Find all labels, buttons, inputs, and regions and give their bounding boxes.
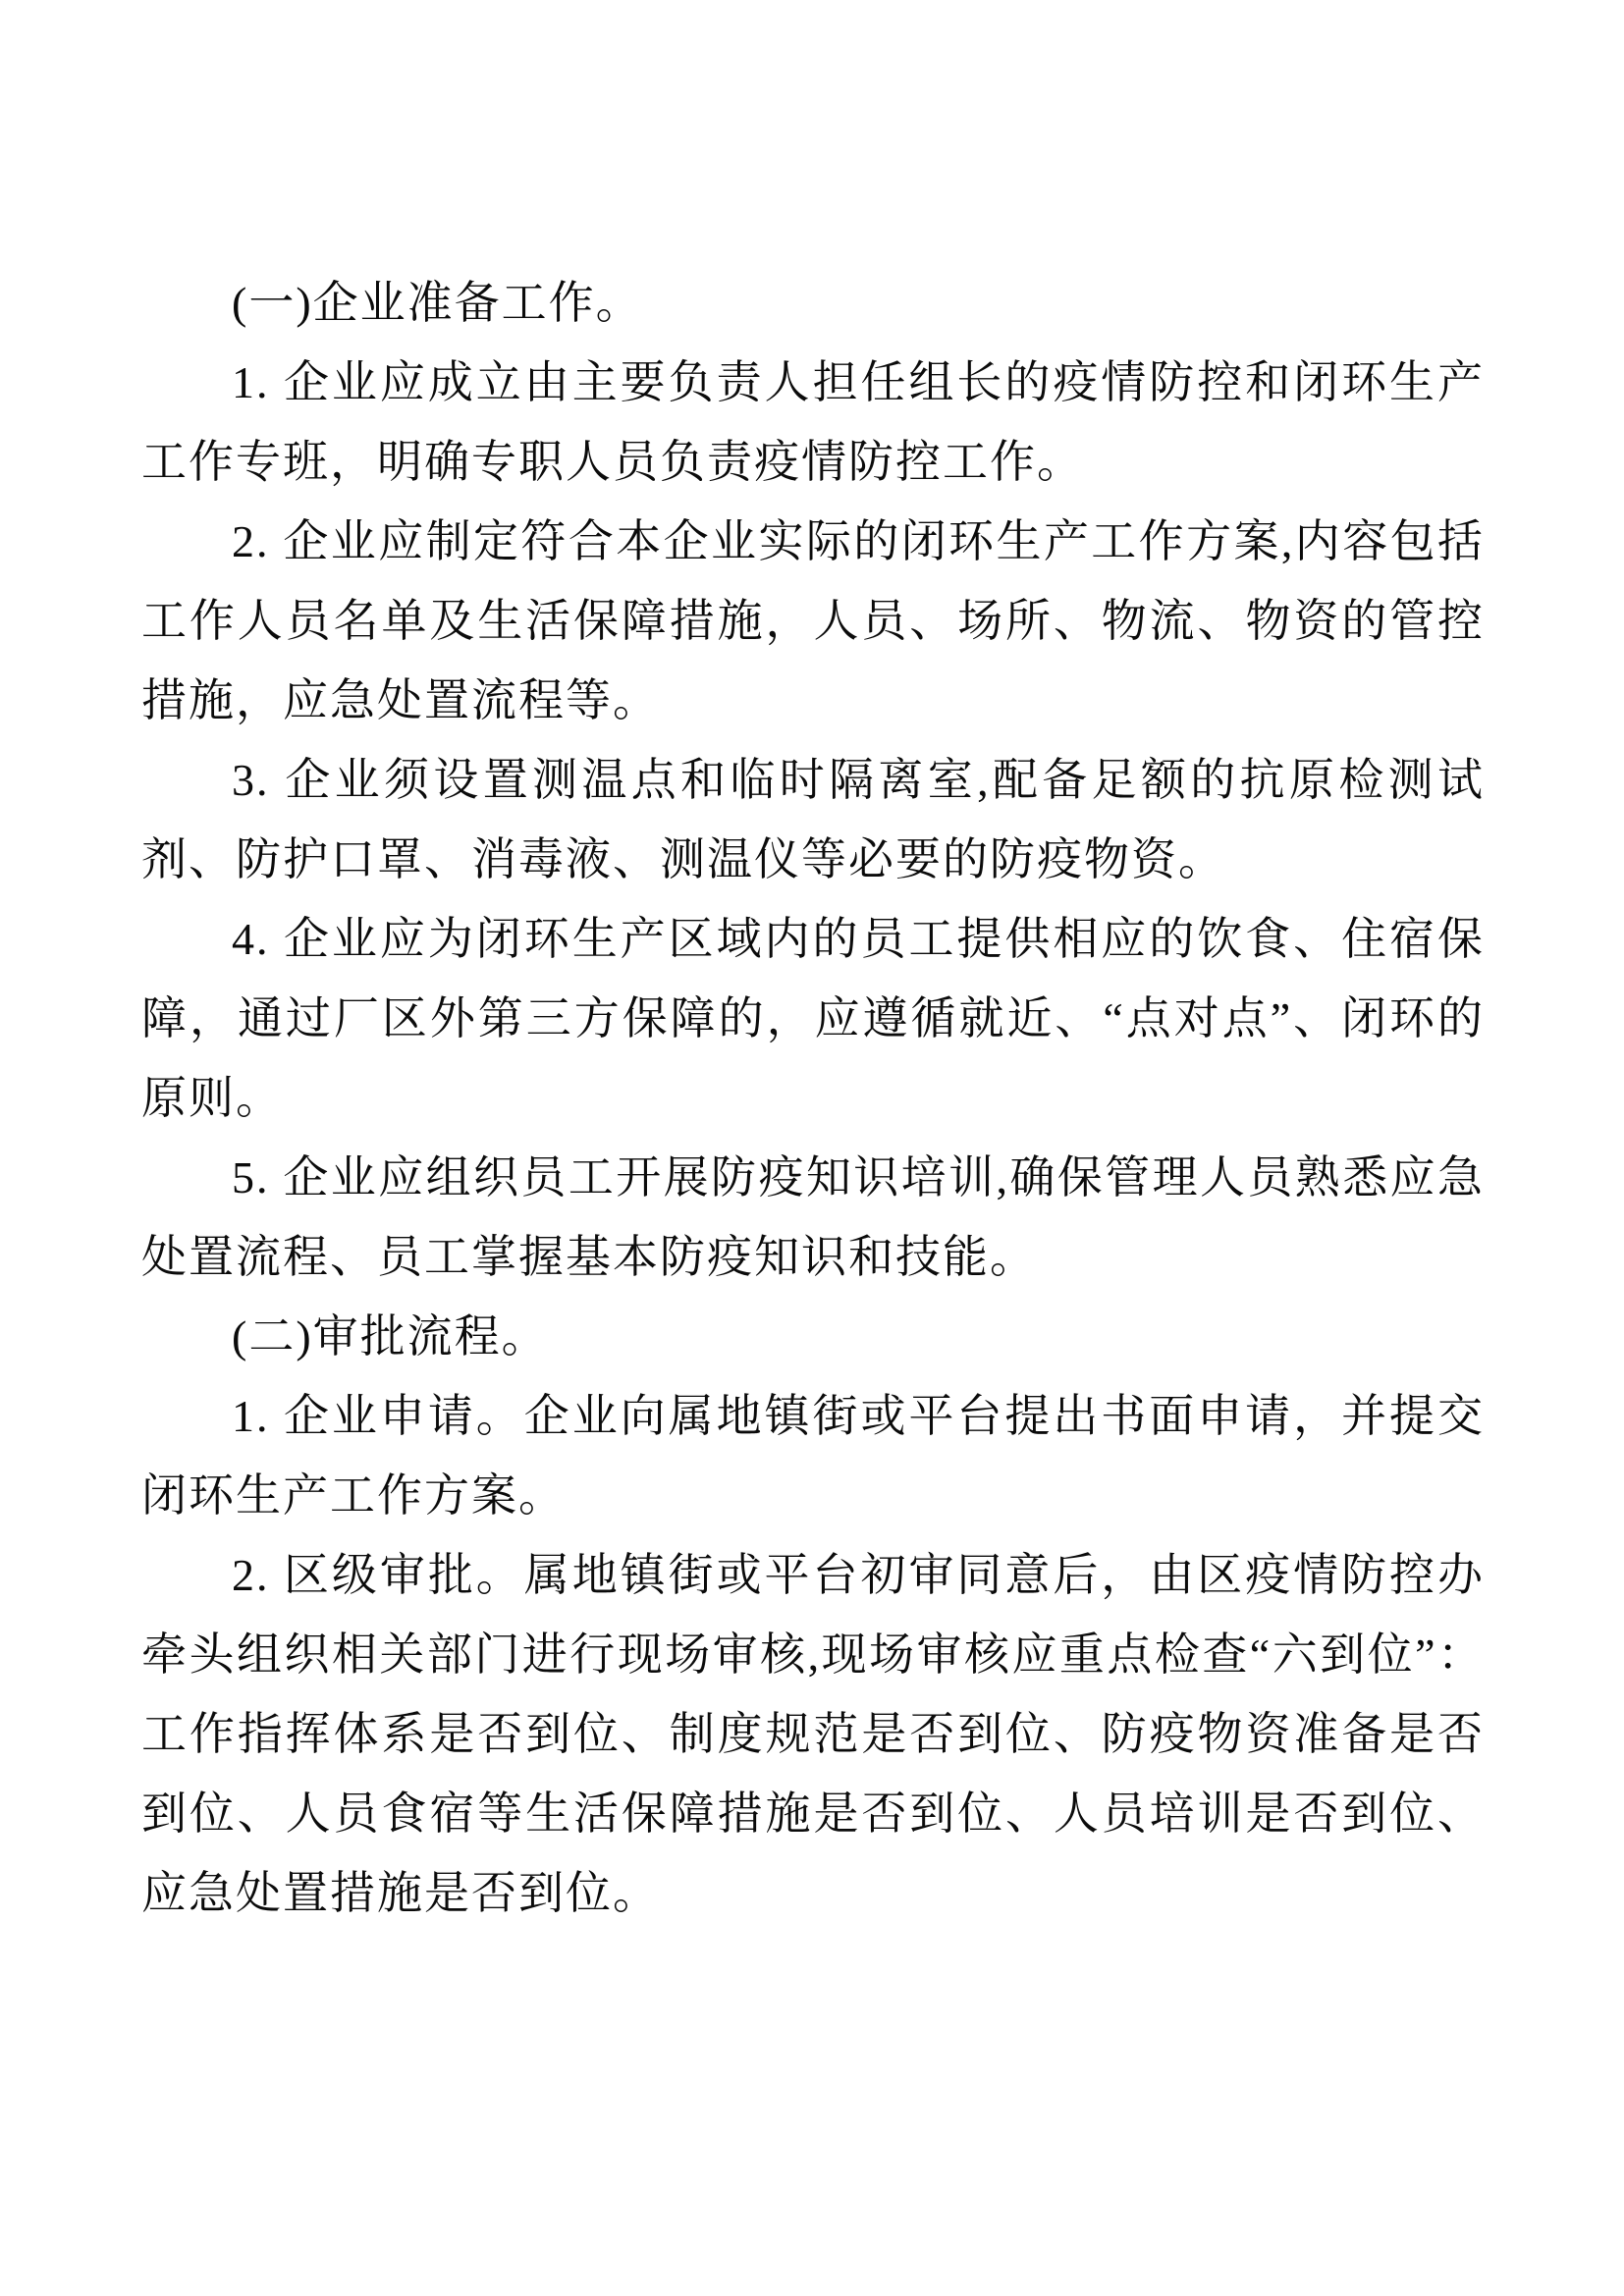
body-paragraph: 1. 企业申请。企业向属地镇街或平台提出书面申请，并提交闭环生产工作方案。 bbox=[141, 1376, 1485, 1535]
body-paragraph: 3. 企业须设置测温点和临时隔离室,配备足额的抗原检测试剂、防护口罩、消毒液、测… bbox=[141, 740, 1485, 899]
body-paragraph: 1. 企业应成立由主要负责人担任组长的疫情防控和闭环生产工作专班，明确专职人员负… bbox=[141, 343, 1485, 502]
document-page: (一)企业准备工作。1. 企业应成立由主要负责人担任组长的疫情防控和闭环生产工作… bbox=[0, 0, 1624, 2296]
body-paragraph: 5. 企业应组织员工开展防疫知识培训,确保管理人员熟悉应急处置流程、员工掌握基本… bbox=[141, 1138, 1485, 1297]
document-content: (一)企业准备工作。1. 企业应成立由主要负责人担任组长的疫情防控和闭环生产工作… bbox=[141, 263, 1485, 1933]
section-heading: (一)企业准备工作。 bbox=[141, 263, 1485, 343]
body-paragraph: 4. 企业应为闭环生产区域内的员工提供相应的饮食、住宿保障，通过厂区外第三方保障… bbox=[141, 899, 1485, 1138]
body-paragraph: 2. 企业应制定符合本企业实际的闭环生产工作方案,内容包括工作人员名单及生活保障… bbox=[141, 502, 1485, 740]
section-heading: (二)审批流程。 bbox=[141, 1297, 1485, 1376]
body-paragraph: 2. 区级审批。属地镇街或平台初审同意后，由区疫情防控办牵头组织相关部门进行现场… bbox=[141, 1535, 1485, 1933]
